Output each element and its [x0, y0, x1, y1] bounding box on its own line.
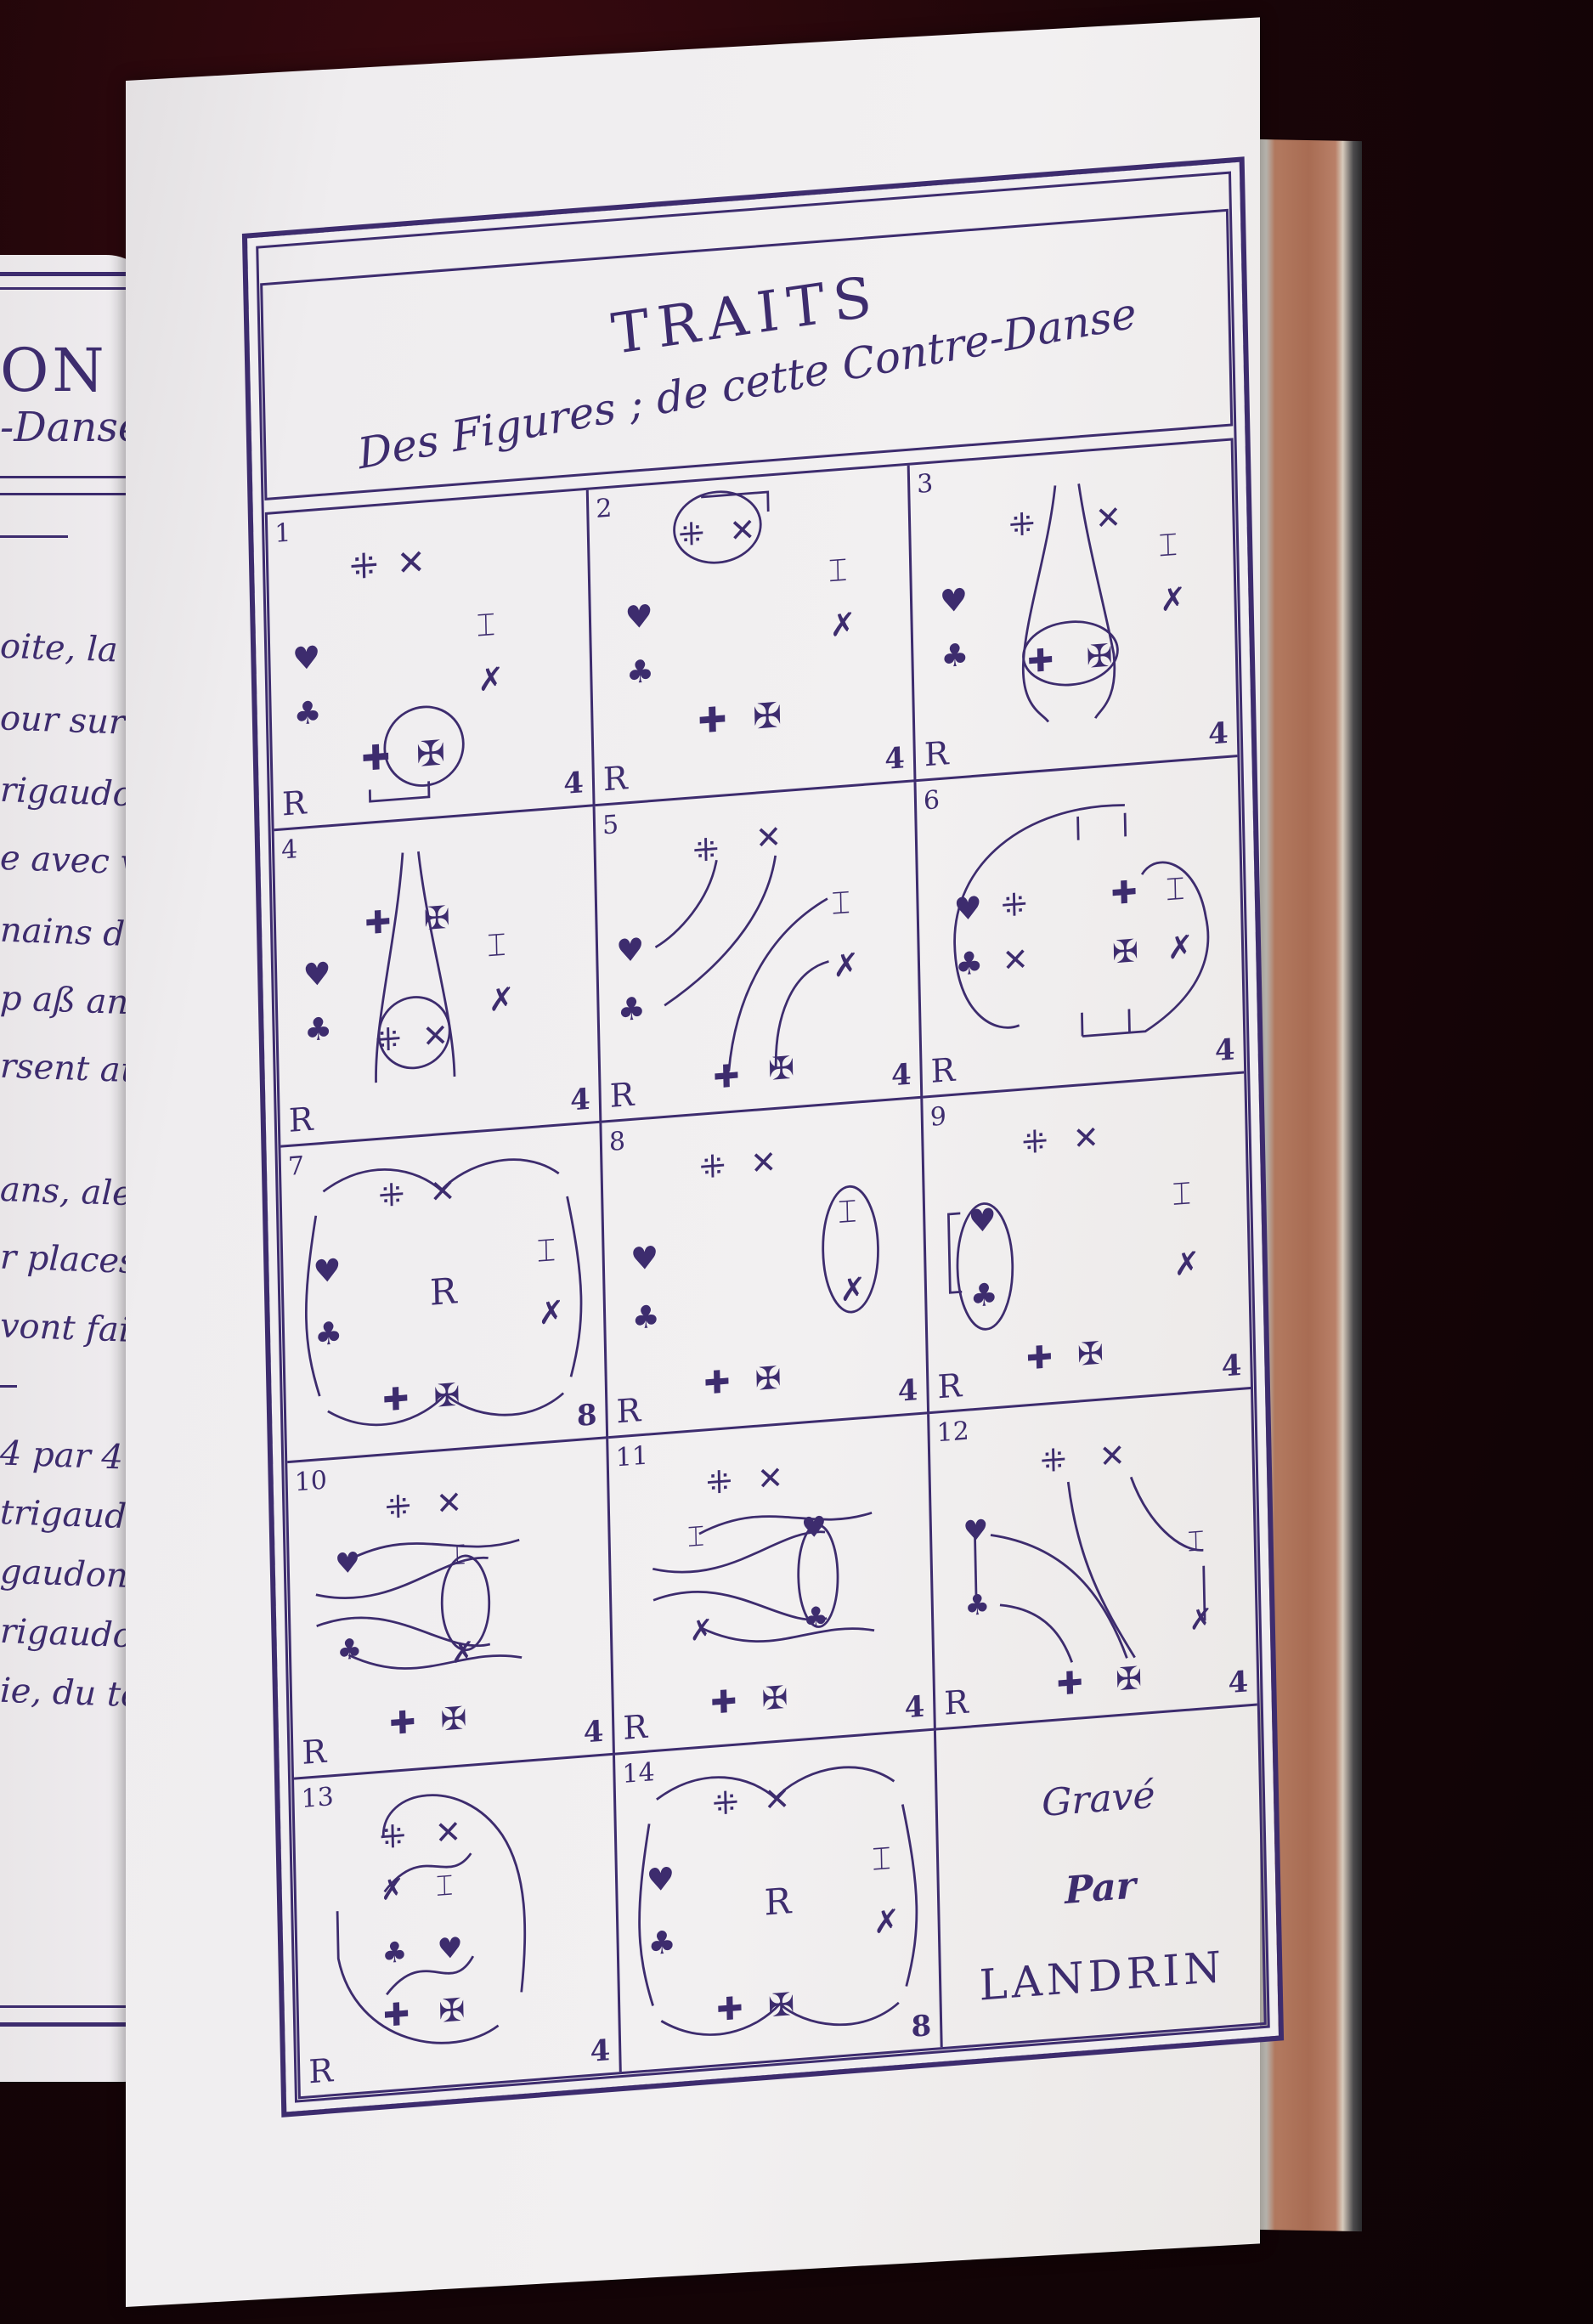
svg-text:♣: ♣	[964, 1587, 991, 1622]
svg-text:♥: ♥	[302, 955, 331, 993]
dance-figure-diagram-icon: ⁜✕ ♥♣ ⌶✗ ✚✠	[287, 1439, 613, 1778]
figure-count: 4	[884, 741, 906, 777]
svg-text:✠: ✠	[1086, 637, 1113, 676]
figure-cell: 13 ⁜✕ ✗⌶ ♣♥ ✚✠ R 4	[294, 1756, 622, 2096]
svg-text:✗: ✗	[873, 1902, 900, 1941]
svg-text:⁜: ⁜	[692, 831, 720, 869]
svg-text:♣: ♣	[955, 944, 984, 982]
credit-engraver-name: LANDRIN	[941, 1939, 1263, 2013]
svg-text:✚: ✚	[698, 698, 727, 742]
svg-text:✚: ✚	[389, 1704, 416, 1742]
svg-text:✠: ✠	[440, 1700, 467, 1739]
right-page: TRAITS Des Figures ; de cette Contre-Dan…	[126, 17, 1260, 2307]
svg-text:✕: ✕	[755, 818, 782, 857]
svg-text:✠: ✠	[768, 1049, 795, 1087]
svg-text:⌶: ⌶	[536, 1231, 556, 1269]
figure-position-label: R	[623, 1708, 648, 1747]
figure-count: 4	[897, 1374, 918, 1410]
left-page-top-rule-inner	[0, 287, 144, 290]
svg-text:✕: ✕	[750, 1143, 777, 1181]
figure-count: 4	[1208, 716, 1229, 752]
dance-figure-diagram-icon: ⁜✕ ♥♣ ⌶✗ ✚✠	[929, 1389, 1257, 1727]
dance-figure-diagram-icon: ⁜✕ ♥♣ ⌶✗ ✚✠	[596, 782, 921, 1120]
svg-text:✗: ✗	[833, 946, 860, 984]
left-page-text-line: 4 par 4	[0, 1433, 124, 1477]
svg-text:⁜: ⁜	[385, 1488, 412, 1526]
left-page-header-rule	[0, 476, 144, 478]
figure-position-label: R	[944, 1683, 969, 1722]
engraver-credit-cell: Gravé Par LANDRIN	[936, 1706, 1264, 2047]
svg-text:♥: ♥	[292, 639, 321, 677]
svg-text:✗: ✗	[1189, 1602, 1213, 1637]
left-page-text-line: our sur	[0, 698, 126, 742]
figure-cell: 6 ♥⁜ ♣✕ ✚⌶ ✠✗ R 4	[916, 757, 1244, 1098]
engraved-plate: TRAITS Des Figures ; de cette Contre-Dan…	[242, 156, 1284, 2118]
figure-count: 4	[904, 1690, 925, 1726]
svg-text:⌶: ⌶	[1166, 869, 1185, 908]
svg-text:⌶: ⌶	[831, 884, 850, 922]
svg-text:♣: ♣	[803, 1600, 829, 1635]
svg-text:✠: ✠	[1112, 932, 1139, 970]
svg-text:✕: ✕	[763, 1779, 790, 1818]
svg-text:♣: ♣	[647, 1923, 676, 1962]
svg-text:✚: ✚	[710, 1683, 737, 1722]
svg-text:✚: ✚	[716, 1989, 743, 2028]
figure-cell: 12 ⁜✕ ♥♣ ⌶✗ ✚✠ R 4	[929, 1389, 1257, 1730]
svg-text:✠: ✠	[753, 694, 782, 738]
svg-text:✚: ✚	[703, 1363, 731, 1401]
figure-cell: 8 ⁜✕ ♥♣ ⌶✗ ✚✠ R 4	[602, 1098, 929, 1439]
svg-text:♥: ♥	[939, 581, 968, 619]
svg-text:✠: ✠	[416, 732, 446, 775]
svg-text:✠: ✠	[438, 1991, 466, 2030]
svg-text:✕: ✕	[422, 1016, 449, 1055]
svg-text:✗: ✗	[477, 660, 505, 698]
svg-text:✕: ✕	[434, 1812, 461, 1852]
figure-position-label: R	[302, 1733, 327, 1772]
svg-text:⁜: ⁜	[1008, 506, 1036, 544]
svg-text:♥: ♥	[616, 930, 645, 969]
svg-text:✕: ✕	[757, 1460, 784, 1498]
svg-text:✕: ✕	[1002, 941, 1029, 979]
svg-text:⁜: ⁜	[1021, 1122, 1048, 1161]
svg-text:✠: ✠	[767, 1985, 794, 2024]
figure-count: 4	[891, 1057, 912, 1093]
svg-text:♣: ♣	[941, 636, 969, 675]
figure-count: 8	[911, 2009, 932, 2044]
svg-text:✕: ✕	[729, 512, 756, 550]
figure-position-label: R	[288, 1100, 314, 1139]
figure-cell: 1 ⁜✕ ♥♣ ⌶✗ ✚✠ R 4	[268, 490, 596, 831]
svg-text:⁜: ⁜	[378, 1176, 405, 1214]
figure-count: 4	[583, 1715, 604, 1750]
svg-text:✚: ✚	[382, 1380, 410, 1418]
figure-cell: 2 ⁜✕ ♥♣ ⌶✗ ✚✠ R 4	[589, 466, 917, 806]
figure-position-label: R	[924, 734, 949, 773]
svg-text:✚: ✚	[383, 1995, 410, 2034]
dance-figure-diagram-icon: ⁜✕ ✗⌶ ♣♥ ✚✠	[294, 1756, 619, 2096]
svg-text:⁜: ⁜	[706, 1463, 733, 1501]
svg-text:✗: ✗	[1167, 928, 1194, 966]
svg-text:⁜: ⁜	[1040, 1442, 1067, 1480]
figure-cell: 5 ⁜✕ ♥♣ ⌶✗ ✚✠ R 4	[596, 782, 924, 1122]
svg-text:⌶: ⌶	[1187, 1524, 1205, 1558]
left-page-header-fragment: ON	[0, 336, 108, 405]
left-page-bottom-rule-2	[0, 2022, 144, 2027]
dance-figure-diagram-icon: ⁜✕ ♥♣ ⌶✗ ✚✠	[602, 1098, 927, 1436]
svg-text:♥: ♥	[801, 1510, 828, 1545]
svg-text:✚: ✚	[364, 903, 392, 941]
figure-center-label: R	[429, 1270, 457, 1314]
svg-text:✚: ✚	[1110, 874, 1138, 912]
svg-text:⌶: ⌶	[1172, 1174, 1191, 1213]
svg-text:⁜: ⁜	[678, 515, 705, 553]
svg-text:♥: ♥	[630, 1239, 659, 1277]
svg-text:⌶: ⌶	[687, 1519, 705, 1553]
dance-figure-diagram-icon: ✚✠ ♥♣ ⌶✗ ⁜✕	[274, 806, 600, 1145]
left-page-short-rule	[0, 535, 68, 538]
svg-text:♣: ♣	[625, 653, 654, 691]
svg-text:✗: ✗	[1160, 580, 1187, 619]
svg-text:✚: ✚	[713, 1057, 740, 1095]
figure-position-label: R	[616, 1392, 641, 1431]
svg-text:✗: ✗	[1173, 1244, 1200, 1282]
dance-figure-diagram-icon: ⁜✕ ♥♣ ⌶✗ ✚✠	[923, 1073, 1251, 1411]
svg-text:♣: ♣	[304, 1009, 333, 1048]
figure-count: 4	[1215, 1032, 1236, 1068]
figure-position-label: R	[602, 759, 628, 798]
left-page-text-line: vont fai	[0, 1306, 130, 1349]
svg-text:♣: ♣	[336, 1632, 363, 1667]
figure-cell: 11 ⁜✕ ⌶✗ ♥♣ ✚✠ R 4	[608, 1414, 936, 1755]
svg-text:♥: ♥	[624, 597, 653, 636]
svg-text:⁜: ⁜	[699, 1147, 726, 1185]
svg-text:✗: ✗	[450, 1635, 475, 1670]
credit-by: Par	[940, 1854, 1262, 1922]
svg-text:♣: ♣	[293, 694, 322, 732]
svg-text:⌶: ⌶	[487, 926, 506, 964]
dance-figure-diagram-icon: ⁜✕ ♥♣ ⌶✗ ✚✠	[910, 441, 1238, 779]
figure-count: 8	[577, 1399, 598, 1434]
svg-text:✠: ✠	[754, 1359, 782, 1397]
svg-text:⌶: ⌶	[449, 1538, 466, 1572]
figure-cell: 9 ⁜✕ ♥♣ ⌶✗ ✚✠ R 4	[923, 1073, 1251, 1414]
svg-text:⁜: ⁜	[1001, 885, 1028, 924]
svg-text:⌶: ⌶	[872, 1839, 891, 1878]
figure-count: 4	[1221, 1349, 1242, 1384]
left-page-subheader-fragment: -Danse	[0, 404, 142, 451]
figure-position-label: R	[282, 783, 308, 823]
figure-count: 4	[1228, 1665, 1249, 1701]
dance-figure-diagram-icon: ⁜✕ ♥♣ ⌶✗ ✚✠	[589, 466, 914, 804]
figure-count: 4	[590, 2033, 611, 2069]
svg-text:♥: ♥	[335, 1546, 361, 1580]
left-page-header-rule-2	[0, 493, 144, 495]
svg-text:⌶: ⌶	[1158, 526, 1178, 564]
svg-text:⁜: ⁜	[375, 1021, 402, 1059]
svg-text:♣: ♣	[631, 1298, 660, 1336]
svg-text:♣: ♣	[381, 1935, 408, 1970]
svg-text:✠: ✠	[423, 899, 450, 937]
figure-count: 4	[570, 1082, 591, 1117]
figure-cell: 14 ⁜✕ ♥♣ ⌶✗ ✚✠ R 8	[615, 1731, 943, 2072]
svg-text:⁜: ⁜	[349, 545, 379, 588]
svg-text:⌶: ⌶	[828, 551, 848, 590]
svg-text:♣: ♣	[969, 1275, 998, 1314]
figure-cell: 4 ✚✠ ♥♣ ⌶✗ ⁜✕ R 4	[274, 806, 602, 1147]
figure-position-label: R	[609, 1075, 635, 1114]
dance-figure-diagram-icon: ♥⁜ ♣✕ ✚⌶ ✠✗	[916, 757, 1244, 1095]
dance-figure-diagram-icon: ⁜✕ ⌶✗ ♥♣ ✚✠	[608, 1415, 934, 1753]
svg-text:♣: ♣	[314, 1315, 343, 1353]
svg-text:✕: ✕	[396, 541, 426, 585]
left-page-text-line: oite, la	[0, 627, 118, 670]
svg-text:✕: ✕	[436, 1484, 463, 1523]
left-page-top-rule	[0, 272, 144, 276]
svg-text:✗: ✗	[380, 1872, 404, 1907]
svg-text:✕: ✕	[1095, 499, 1122, 537]
svg-text:✕: ✕	[1099, 1437, 1126, 1475]
figures-grid: 1 ⁜✕ ♥♣ ⌶✗ ✚✠ R 4 2	[265, 438, 1267, 2099]
left-page-dash	[0, 1385, 17, 1388]
svg-text:✗: ✗	[689, 1613, 714, 1648]
svg-text:✚: ✚	[1025, 1338, 1053, 1377]
svg-text:✚: ✚	[1056, 1665, 1083, 1703]
svg-text:⌶: ⌶	[436, 1869, 454, 1903]
svg-text:✠: ✠	[761, 1679, 788, 1717]
svg-text:✕: ✕	[429, 1172, 456, 1210]
svg-text:✠: ✠	[1116, 1660, 1143, 1698]
dance-figure-diagram-icon: ⁜✕ ♥♣ ⌶✗ ✚✠	[268, 490, 593, 828]
svg-text:✗: ✗	[538, 1293, 565, 1332]
credit-engraved: Gravé	[937, 1766, 1259, 1834]
figure-cell: 3 ⁜✕ ♥♣ ⌶✗ ✚✠ R 4	[910, 441, 1238, 782]
svg-text:♥: ♥	[968, 1201, 997, 1239]
svg-text:♥: ♥	[953, 889, 982, 927]
svg-text:♥: ♥	[646, 1860, 675, 1899]
figure-position-label: R	[930, 1050, 956, 1089]
figure-cell: 7 ⁜✕ ♥♣ ⌶✗ ✚✠ R 8	[280, 1122, 608, 1463]
figure-center-label: R	[764, 1880, 792, 1923]
svg-text:⌶: ⌶	[838, 1192, 857, 1230]
svg-text:♣: ♣	[617, 990, 646, 1028]
figure-count: 4	[563, 766, 585, 801]
figure-position-label: R	[937, 1367, 963, 1406]
figure-position-label: R	[308, 2051, 334, 2090]
svg-text:✗: ✗	[488, 980, 515, 1018]
svg-text:⁜: ⁜	[712, 1784, 739, 1823]
svg-text:♥: ♥	[313, 1252, 342, 1290]
svg-text:✠: ✠	[1077, 1334, 1104, 1372]
svg-text:✠: ✠	[433, 1376, 460, 1414]
svg-text:✗: ✗	[829, 606, 856, 644]
svg-text:⌶: ⌶	[476, 606, 495, 644]
svg-text:♥: ♥	[963, 1513, 989, 1548]
svg-text:⁜: ⁜	[379, 1817, 406, 1856]
left-page-bottom-rule	[0, 2005, 144, 2008]
svg-text:✕: ✕	[1072, 1118, 1099, 1156]
figure-cell: 10 ⁜✕ ♥♣ ⌶✗ ✚✠ R 4	[287, 1439, 615, 1780]
svg-text:✗: ✗	[839, 1270, 867, 1309]
svg-text:♥: ♥	[437, 1931, 463, 1965]
svg-text:✚: ✚	[1027, 642, 1054, 680]
